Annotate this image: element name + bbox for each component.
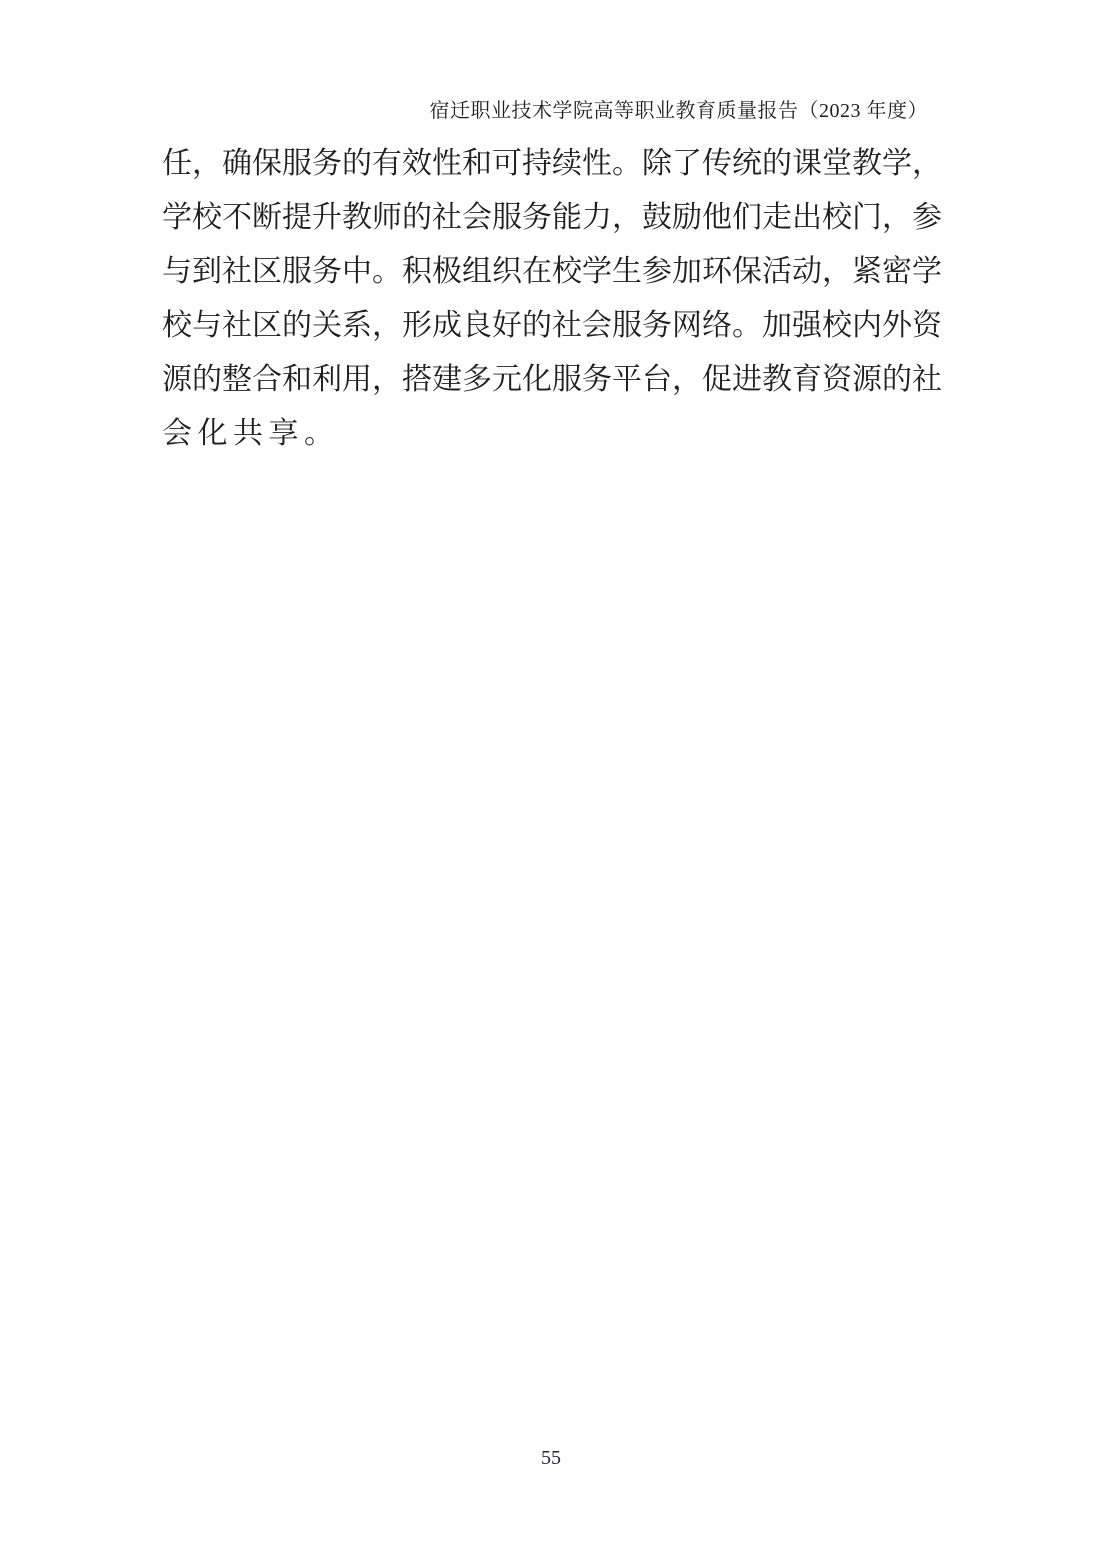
paragraph-line: 校与社区的关系，形成良好的社会服务网络。加强校内外资	[162, 299, 942, 353]
page-number: 55	[0, 1446, 1102, 1470]
paragraph-line: 源的整合和利用，搭建多元化服务平台，促进教育资源的社	[162, 353, 942, 407]
paragraph-line-last: 会化共享。	[162, 407, 942, 461]
body-paragraph: 任，确保服务的有效性和可持续性。除了传统的课堂教学， 学校不断提升教师的社会服务…	[162, 137, 942, 461]
paragraph-line: 任，确保服务的有效性和可持续性。除了传统的课堂教学，	[162, 137, 942, 191]
document-page: 宿迁职业技术学院高等职业教育质量报告（2023 年度） 任，确保服务的有效性和可…	[0, 0, 1102, 1559]
page-header: 宿迁职业技术学院高等职业教育质量报告（2023 年度）	[162, 97, 928, 125]
paragraph-line: 学校不断提升教师的社会服务能力，鼓励他们走出校门，参	[162, 191, 942, 245]
paragraph-line: 与到社区服务中。积极组织在校学生参加环保活动，紧密学	[162, 245, 942, 299]
